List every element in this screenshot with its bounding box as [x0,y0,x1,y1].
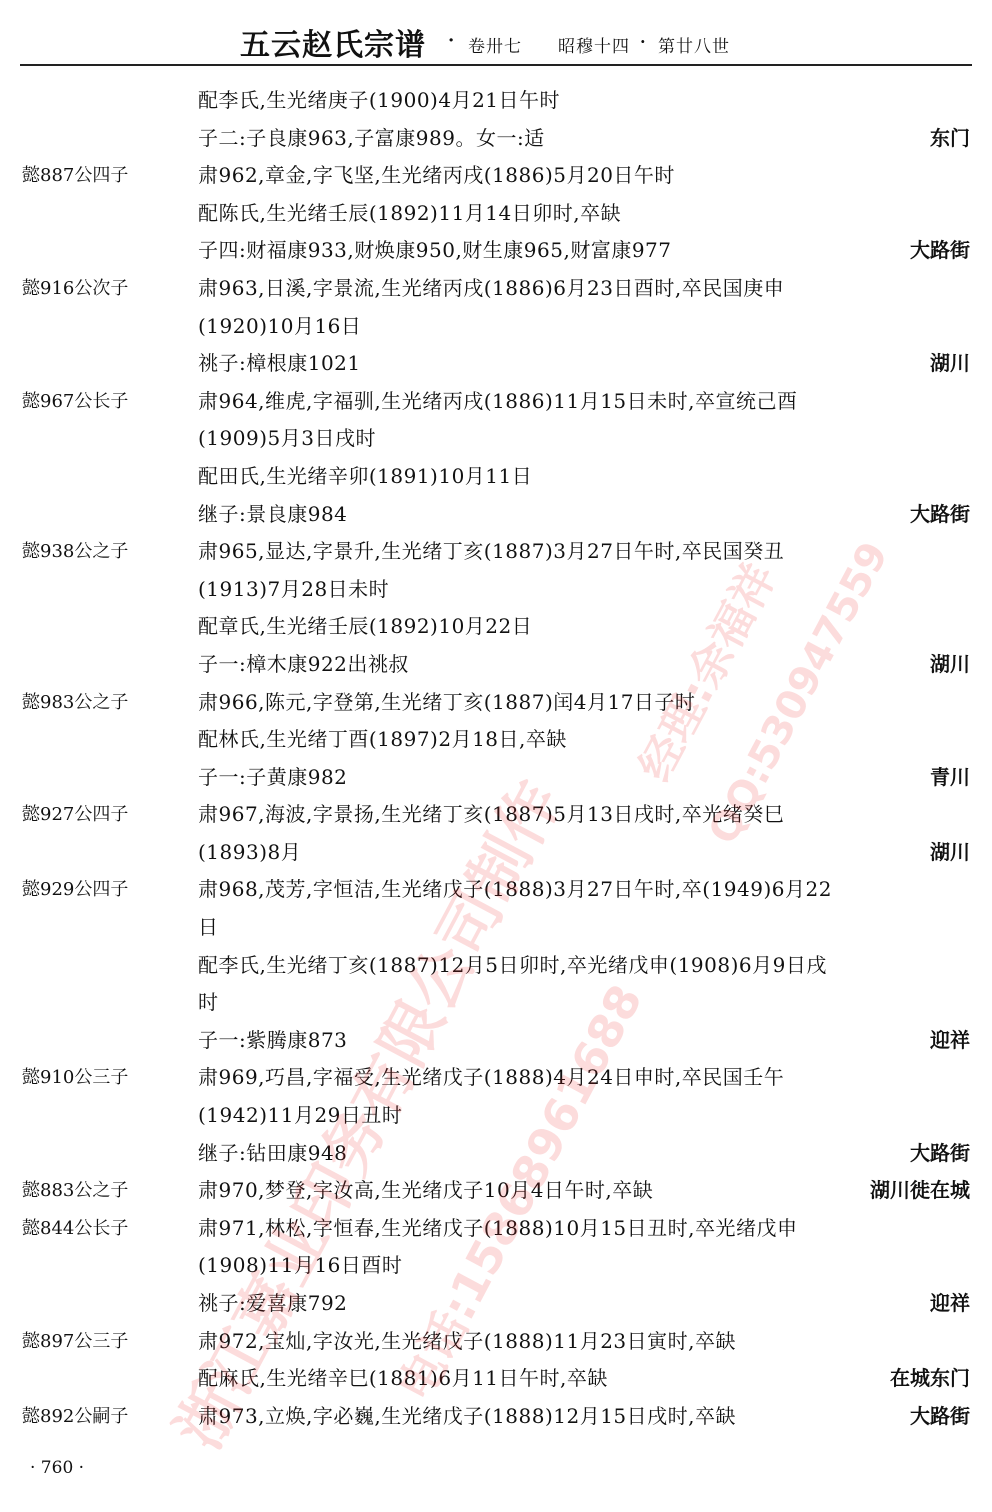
entry-line: 懿929公四子肃968,茂芳,字恒洁,生光绪戊子(1888)3月27日午时,卒(… [0,871,992,909]
entry-text: 配田氏,生光绪辛卯(1891)10月11日 [198,458,532,496]
entry-text: 肃966,陈元,字登第,生光绪丁亥(1887)闰4月17日子时 [198,684,695,722]
entry-text: 时 [198,984,219,1022]
entry-text: (1913)7月28日未时 [198,571,389,609]
entry-line: 懿897公三子肃972,宝灿,字汝光,生光绪戊子(1888)11月23日寅时,卒… [0,1323,992,1361]
entry-text: 肃969,巧昌,字福受,生光绪戊子(1888)4月24日申时,卒民国壬午 [198,1059,784,1097]
parent-label: 懿929公四子 [22,871,128,909]
entry-text: 继子:钻田康948 [198,1135,347,1173]
header-rule [20,64,972,66]
parent-label: 懿910公三子 [22,1059,128,1097]
residence-place: 青川 [930,759,970,797]
residence-place: 湖川 [930,834,970,872]
entry-line: 懿938公之子肃965,显达,字景升,生光绪丁亥(1887)3月27日午时,卒民… [0,533,992,571]
entry-text: 肃973,立焕,字必巍,生光绪戊子(1888)12月15日戌时,卒缺 [198,1398,736,1436]
parent-label: 懿897公三子 [22,1323,128,1361]
entry-line: 继子:景良康984大路街 [0,496,992,534]
entry-line: (1920)10月16日 [0,308,992,346]
generation-label: 第廿八世 [658,32,730,57]
residence-place: 在城东门 [890,1360,970,1398]
entry-text: 肃963,日溪,字景流,生光绪丙戌(1886)6月23日酉时,卒民国庚申 [198,270,784,308]
residence-place: 大路街 [910,1135,970,1173]
entry-text: 肃965,显达,字景升,生光绪丁亥(1887)3月27日午时,卒民国癸丑 [198,533,784,571]
entry-line: (1893)8月湖川 [0,834,992,872]
entry-line: 时 [0,984,992,1022]
residence-place: 迎祥 [930,1022,970,1060]
residence-place: 湖川徙在城 [870,1172,970,1210]
parent-label: 懿983公之子 [22,684,128,722]
entry-line: 懿910公三子肃969,巧昌,字福受,生光绪戊子(1888)4月24日申时,卒民… [0,1059,992,1097]
entry-text: 肃967,海波,字景扬,生光绪丁亥(1887)5月13日戌时,卒光绪癸巳 [198,796,784,834]
residence-place: 大路街 [910,1398,970,1436]
residence-place: 湖川 [930,646,970,684]
entry-line: 懿892公嗣子肃973,立焕,字必巍,生光绪戊子(1888)12月15日戌时,卒… [0,1398,992,1436]
parent-label: 懿883公之子 [22,1172,128,1210]
entry-line: 继子:钻田康948大路街 [0,1135,992,1173]
entry-line: 懿883公之子肃970,梦登,字汝高,生光绪戊子10月4日午时,卒缺湖川徙在城 [0,1172,992,1210]
residence-place: 大路街 [910,496,970,534]
entry-text: 子二:子良康963,子富康989。女一:适 [198,120,545,158]
entry-text: 配章氏,生光绪壬辰(1892)10月22日 [198,608,532,646]
entry-text: 祧子:樟根康1021 [198,345,361,383]
entry-line: 祧子:爱喜康792迎祥 [0,1285,992,1323]
parent-label: 懿916公次子 [22,270,128,308]
entry-line: 懿967公长子肃964,维虎,字福驯,生光绪丙戌(1886)11月15日未时,卒… [0,383,992,421]
page-number: · 760 · [30,1458,84,1478]
entry-line: 懿927公四子肃967,海波,字景扬,生光绪丁亥(1887)5月13日戌时,卒光… [0,796,992,834]
entry-text: 继子:景良康984 [198,496,347,534]
residence-place: 湖川 [930,345,970,383]
entry-text: 肃964,维虎,字福驯,生光绪丙戌(1886)11月15日未时,卒宣统己酉 [198,383,798,421]
entry-text: 配李氏,生光绪庚子(1900)4月21日午时 [198,82,560,120]
entry-text: 配陈氏,生光绪壬辰(1892)11月14日卯时,卒缺 [198,195,621,233]
entry-line: 配章氏,生光绪壬辰(1892)10月22日 [0,608,992,646]
entry-text: (1908)11月16日酉时 [198,1247,402,1285]
entry-text: 肃971,林松,字恒春,生光绪戊子(1888)10月15日丑时,卒光绪戊申 [198,1210,798,1248]
book-title: 五云赵氏宗谱 [240,20,426,64]
entry-text: (1942)11月29日丑时 [198,1097,402,1135]
parent-label: 懿887公四子 [22,157,128,195]
entry-line: (1909)5月3日戌时 [0,420,992,458]
entry-line: (1908)11月16日酉时 [0,1247,992,1285]
entry-text: 肃962,章金,字飞坚,生光绪丙戌(1886)5月20日午时 [198,157,675,195]
entry-text: 日 [198,909,219,947]
header-separator: · [448,30,454,51]
page-header: 五云赵氏宗谱 · 卷卅七 昭穆十四 · 第廿八世 [0,18,992,62]
genealogy-entries: 配李氏,生光绪庚子(1900)4月21日午时子二:子良康963,子富康989。女… [0,82,992,1435]
entry-text: 配麻氏,生光绪辛巳(1881)6月11日午时,卒缺 [198,1360,608,1398]
entry-text: 肃972,宝灿,字汝光,生光绪戊子(1888)11月23日寅时,卒缺 [198,1323,736,1361]
entry-line: 懿983公之子肃966,陈元,字登第,生光绪丁亥(1887)闰4月17日子时 [0,684,992,722]
entry-line: 子一:紫腾康873迎祥 [0,1022,992,1060]
entry-text: (1920)10月16日 [198,308,361,346]
entry-line: 配田氏,生光绪辛卯(1891)10月11日 [0,458,992,496]
parent-label: 懿938公之子 [22,533,128,571]
entry-text: 子一:紫腾康873 [198,1022,347,1060]
parent-label: 懿844公长子 [22,1210,128,1248]
entry-line: 配陈氏,生光绪壬辰(1892)11月14日卯时,卒缺 [0,195,992,233]
entry-line: 配李氏,生光绪丁亥(1887)12月5日卯时,卒光绪戊申(1908)6月9日戌 [0,947,992,985]
entry-line: 子二:子良康963,子富康989。女一:适东门 [0,120,992,158]
residence-place: 东门 [930,120,970,158]
entry-line: 日 [0,909,992,947]
entry-line: (1942)11月29日丑时 [0,1097,992,1135]
entry-line: 配麻氏,生光绪辛巳(1881)6月11日午时,卒缺在城东门 [0,1360,992,1398]
entry-text: 配林氏,生光绪丁酉(1897)2月18日,卒缺 [198,721,567,759]
entry-line: 配林氏,生光绪丁酉(1897)2月18日,卒缺 [0,721,992,759]
entry-text: 配李氏,生光绪丁亥(1887)12月5日卯时,卒光绪戊申(1908)6月9日戌 [198,947,827,985]
entry-text: 祧子:爱喜康792 [198,1285,347,1323]
entry-text: 子四:财福康933,财焕康950,财生康965,财富康977 [198,232,672,270]
volume-label: 卷卅七 [468,32,522,57]
entry-text: (1909)5月3日戌时 [198,420,376,458]
parent-label: 懿892公嗣子 [22,1398,128,1436]
section-label: 昭穆十四 [558,32,630,57]
entry-line: 懿916公次子肃963,日溪,字景流,生光绪丙戌(1886)6月23日酉时,卒民… [0,270,992,308]
entry-line: 子一:子黄康982青川 [0,759,992,797]
entry-text: 肃968,茂芳,字恒洁,生光绪戊子(1888)3月27日午时,卒(1949)6月… [198,871,832,909]
header-separator-2: · [640,32,646,51]
residence-place: 迎祥 [930,1285,970,1323]
entry-text: 子一:子黄康982 [198,759,347,797]
parent-label: 懿967公长子 [22,383,128,421]
parent-label: 懿927公四子 [22,796,128,834]
entry-text: 肃970,梦登,字汝高,生光绪戊子10月4日午时,卒缺 [198,1172,653,1210]
residence-place: 大路街 [910,232,970,270]
entry-line: 子四:财福康933,财焕康950,财生康965,财富康977大路街 [0,232,992,270]
entry-line: (1913)7月28日未时 [0,571,992,609]
entry-text: 子一:樟木康922出祧叔 [198,646,409,684]
entry-text: (1893)8月 [198,834,301,872]
entry-line: 配李氏,生光绪庚子(1900)4月21日午时 [0,82,992,120]
entry-line: 子一:樟木康922出祧叔湖川 [0,646,992,684]
entry-line: 懿887公四子肃962,章金,字飞坚,生光绪丙戌(1886)5月20日午时 [0,157,992,195]
entry-line: 祧子:樟根康1021湖川 [0,345,992,383]
entry-line: 懿844公长子肃971,林松,字恒春,生光绪戊子(1888)10月15日丑时,卒… [0,1210,992,1248]
